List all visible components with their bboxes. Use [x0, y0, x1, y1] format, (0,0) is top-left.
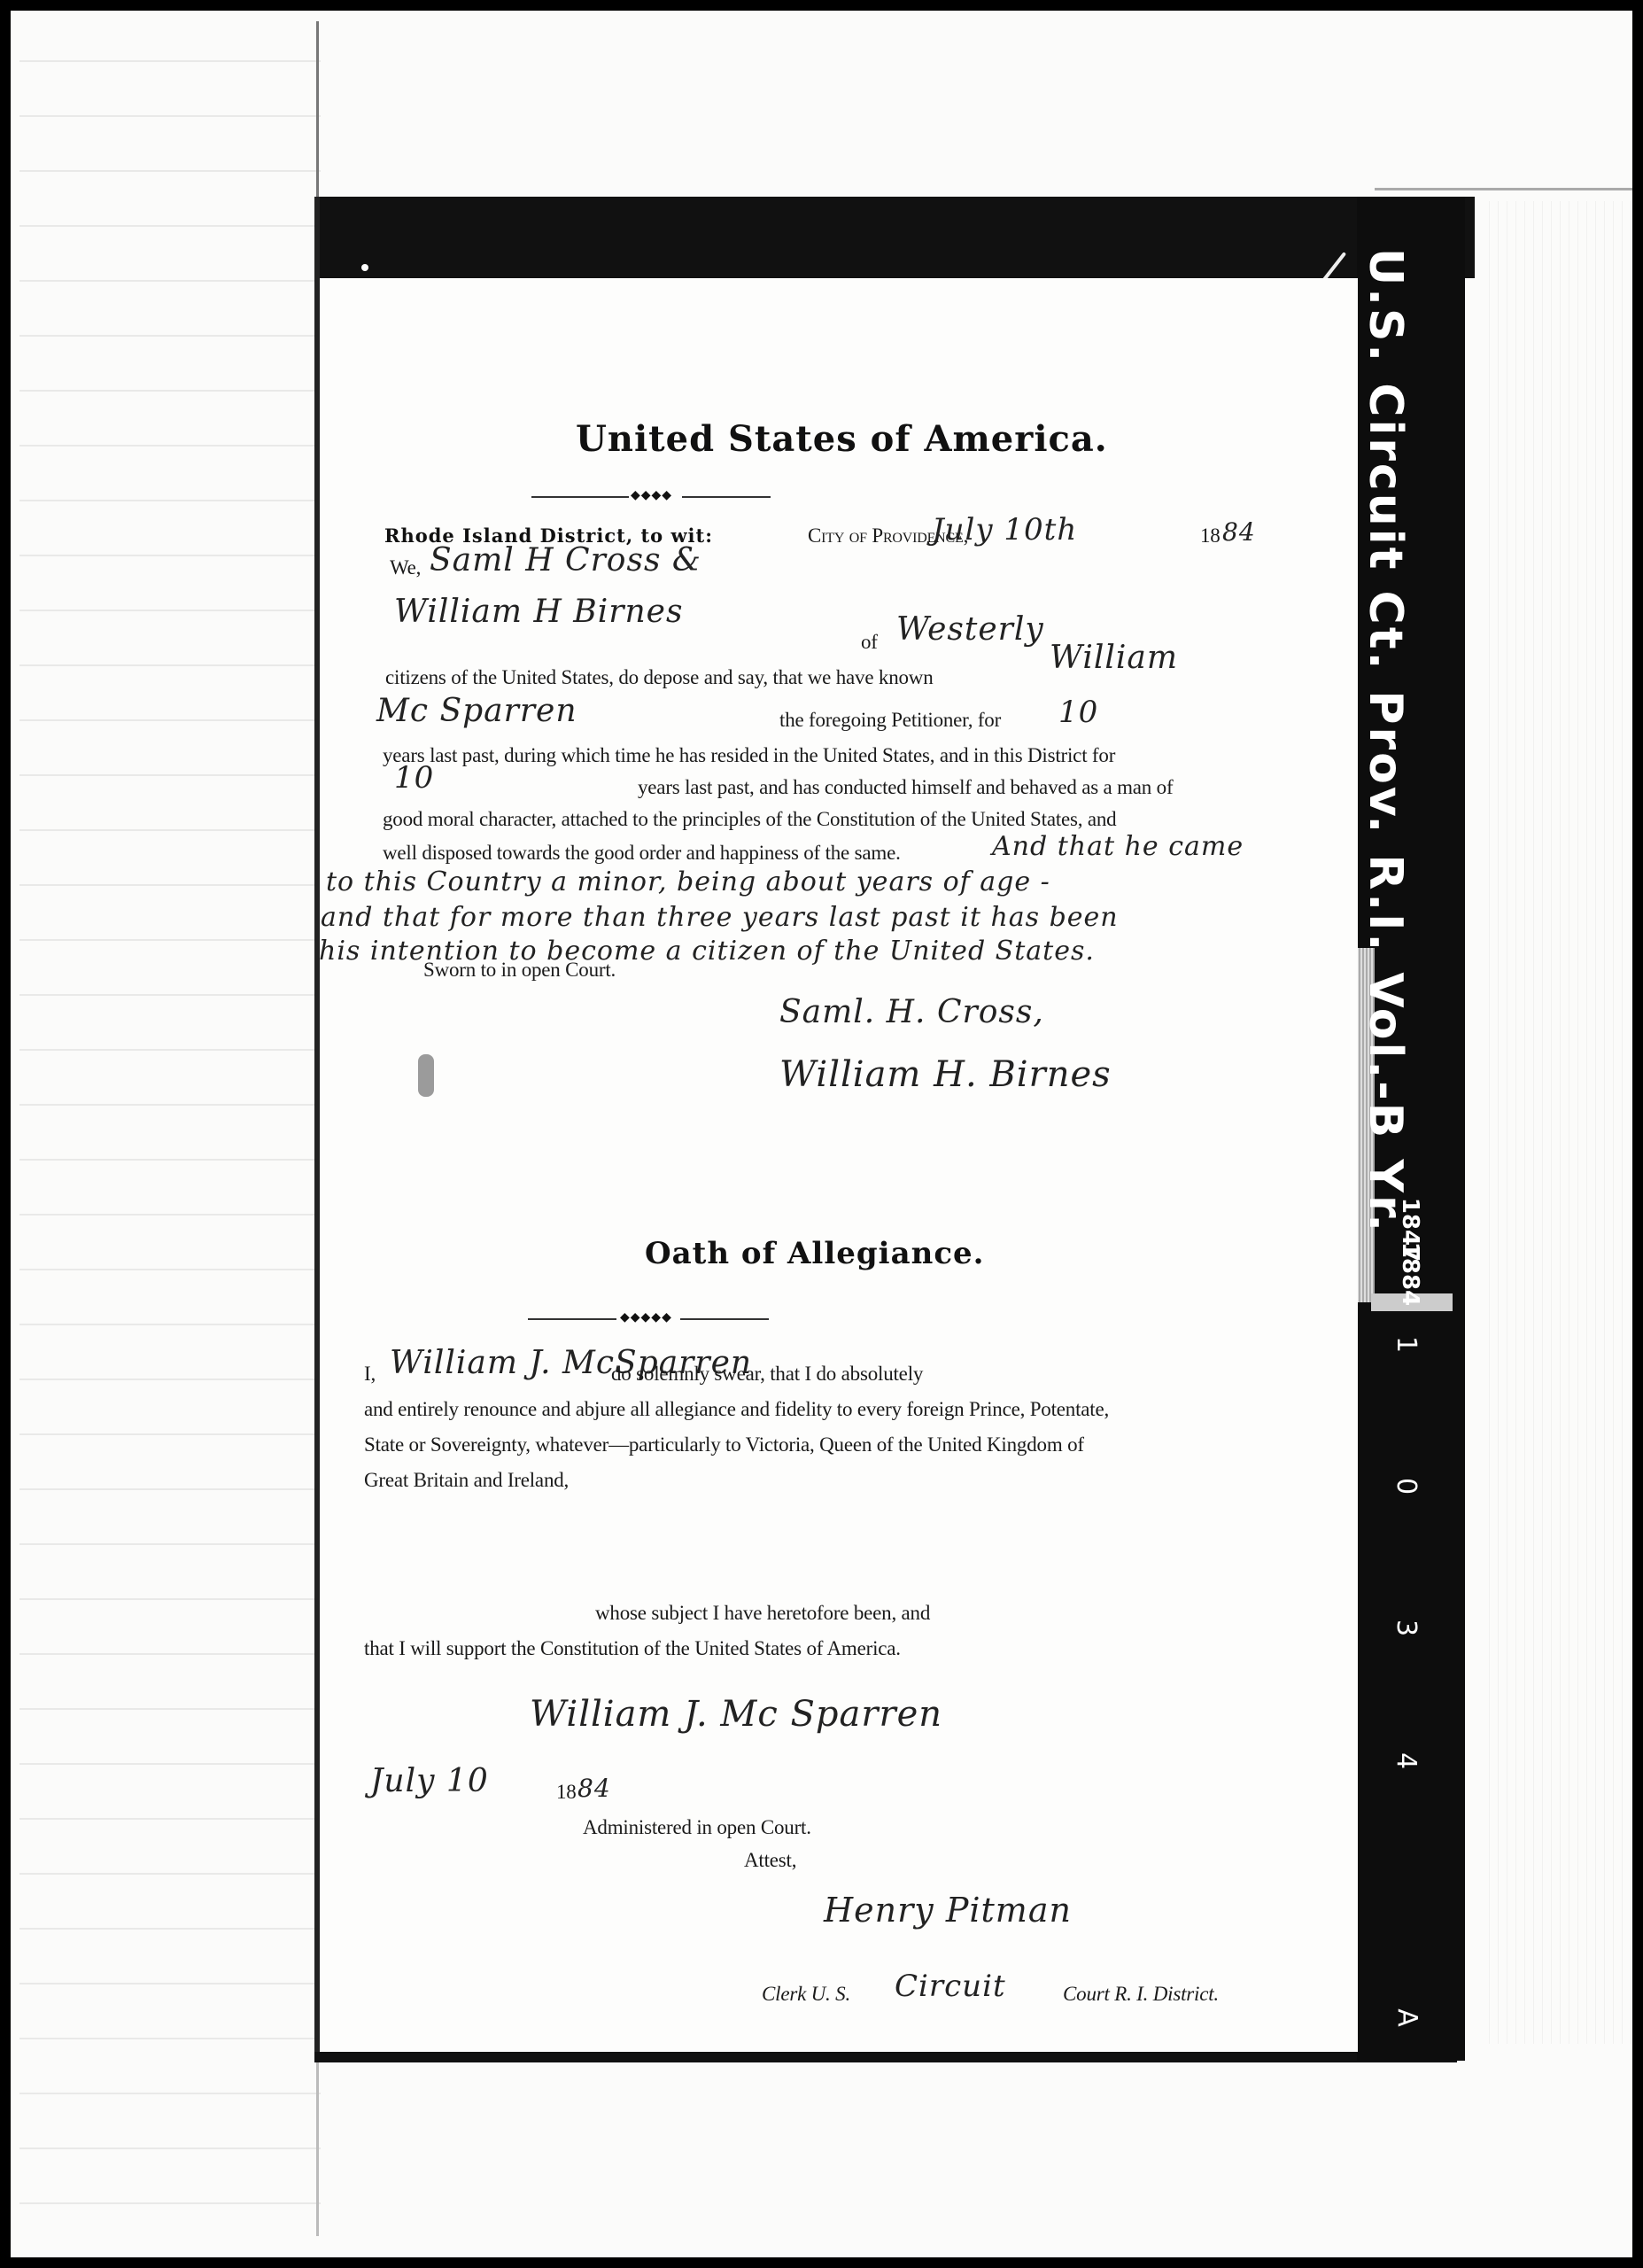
handwritten-addendum-2: to this Country a minor, being about yea… — [326, 866, 1050, 897]
years-in-us: 10 — [1058, 695, 1098, 730]
punch-hole-icon — [361, 264, 368, 271]
oath-i-label: I, — [364, 1363, 376, 1386]
years-in-district: 10 — [394, 760, 434, 796]
of-label: of — [861, 631, 878, 654]
oath-line-3: State or Sovereignty, whatever—particula… — [364, 1433, 1084, 1456]
affidavit-line-disposed: well disposed towards the good order and… — [383, 842, 901, 865]
witness-residence: Westerly — [896, 611, 1044, 648]
divider-ornament: ◆◆◆◆ — [631, 488, 672, 502]
witness-2-name: William H Birnes — [394, 594, 683, 630]
administered-label: Administered in open Court. — [583, 1816, 811, 1839]
record-digit-2: 0 — [1391, 1478, 1422, 1495]
oath-signature: William J. Mc Sparren — [530, 1694, 942, 1735]
oath-year-prefix: 18 — [556, 1781, 577, 1804]
record-digit-3: 3 — [1391, 1619, 1422, 1636]
clerk-suffix: Court R. I. District. — [1063, 1983, 1219, 2006]
witness-1-name: Saml H Cross & — [430, 542, 701, 579]
page-edge-line — [1375, 188, 1632, 190]
attest-label: Attest, — [744, 1849, 796, 1872]
handwritten-addendum-1: And that he came — [992, 831, 1244, 862]
affidavit-line-resided: years last past, during which time he ha… — [383, 744, 1115, 767]
spine-title: U.S. Circuit Ct. Prov. R.I. Vol.-B Yr. — [1359, 248, 1412, 1234]
oath-line-5: whose subject I have heretofore been, an… — [595, 1602, 930, 1625]
record-digit-1: 1 — [1391, 1336, 1422, 1353]
affidavit-line-conducted: years last past, and has conducted himse… — [638, 776, 1173, 799]
bleed-through-facing-page — [19, 19, 321, 2234]
main-heading: United States of America. — [576, 418, 1108, 460]
year-prefix: 18 — [1200, 524, 1221, 548]
oath-date-handwritten: July 10 — [370, 1763, 489, 1799]
oath-line-6: that I will support the Constitution of … — [364, 1637, 901, 1660]
oath-line-2: and entirely renounce and abjure all all… — [364, 1398, 1109, 1421]
petitioner-first-name: William — [1050, 640, 1178, 676]
clerk-court-handwritten: Circuit — [895, 1969, 1006, 2004]
record-suffix: A — [1391, 2008, 1422, 2027]
date-handwritten: July 10th — [932, 512, 1077, 548]
witness-2-signature: William H. Birnes — [779, 1054, 1112, 1095]
oath-line-1: do solemnly swear, that I do absolutely — [611, 1363, 923, 1386]
oath-divider-ornament: ◆◆◆◆◆ — [620, 1310, 672, 1324]
oath-divider-right — [680, 1318, 769, 1320]
affidavit-line-citizens: citizens of the United States, do depose… — [385, 666, 934, 689]
affidavit-line-moral: good moral character, attached to the pr… — [383, 808, 1116, 831]
record-digit-4: 4 — [1391, 1752, 1422, 1769]
ink-smudge — [418, 1054, 434, 1097]
year-suffix: 84 — [1222, 517, 1256, 547]
microfilm-frame-top — [314, 197, 1475, 278]
microfilm-frame-bottom — [314, 2052, 1457, 2062]
handwritten-addendum-3: and that for more than three years last … — [321, 902, 1119, 933]
clerk-signature: Henry Pitman — [824, 1891, 1072, 1930]
oath-line-4: Great Britain and Ireland, — [364, 1469, 569, 1492]
sworn-label: Sworn to in open Court. — [423, 959, 616, 982]
clerk-prefix: Clerk U. S. — [762, 1983, 850, 2006]
we-label: We, — [390, 556, 421, 579]
divider-line-right — [682, 496, 771, 498]
spine-year-end: 1884 — [1399, 1242, 1422, 1306]
oath-heading: Oath of Allegiance. — [645, 1236, 985, 1271]
petitioner-last-name: Mc Sparren — [376, 693, 577, 729]
witness-1-signature: Saml. H. Cross, — [779, 994, 1044, 1030]
oath-divider-left — [528, 1318, 616, 1320]
oath-year-suffix: 84 — [577, 1774, 611, 1803]
affidavit-line-foregoing: the foregoing Petitioner, for — [779, 709, 1001, 732]
divider-line-left — [531, 496, 629, 498]
right-margin-texture — [1481, 201, 1632, 2044]
